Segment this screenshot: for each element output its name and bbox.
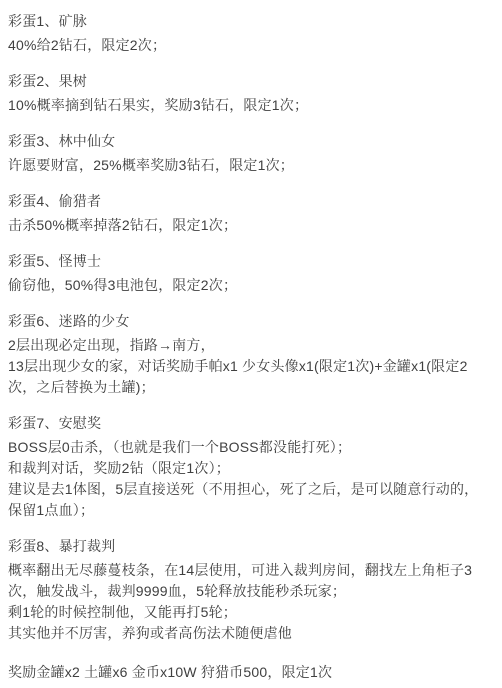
easter-egg-section-4: 彩蛋4、偷猎者 击杀50%概率掉落2钻石，限定1次； (8, 191, 492, 236)
section-title: 彩蛋1、矿脉 (8, 11, 492, 32)
easter-egg-section-6: 彩蛋6、迷路的少女 2层出现必定出现，指路→南方， 13层出现少女的家，对话奖励… (8, 311, 492, 398)
section-line: 10%概率摘到钻石果实，奖励3钻石，限定1次； (8, 95, 492, 116)
easter-egg-section-2: 彩蛋2、果树 10%概率摘到钻石果实，奖励3钻石，限定1次； (8, 71, 492, 116)
easter-egg-section-7: 彩蛋7、安慰奖 BOSS层0击杀，（也就是我们一个BOSS都没能打死）； 和裁判… (8, 413, 492, 521)
section-title: 彩蛋5、怪博士 (8, 251, 492, 272)
section-title: 彩蛋7、安慰奖 (8, 413, 492, 434)
section-line: 剩1轮的时候控制他，又能再打5轮； (8, 602, 492, 623)
easter-egg-section-5: 彩蛋5、怪博士 偷窃他，50%得3电池包，限定2次； (8, 251, 492, 296)
section-line: 和裁判对话，奖励2钻（限定1次）； (8, 458, 492, 479)
section-line: BOSS层0击杀，（也就是我们一个BOSS都没能打死）； (8, 437, 492, 458)
section-title: 彩蛋8、暴打裁判 (8, 536, 492, 557)
section-line: 其实他并不厉害，养狗或者高伤法术随便虐他 (8, 623, 492, 644)
reward-summary: 奖励金罐x2 土罐x6 金币x10W 狩猎币500，限定1次 (8, 662, 492, 683)
section-title: 彩蛋2、果树 (8, 71, 492, 92)
section-line: 40%给2钻石，限定2次； (8, 35, 492, 56)
section-line: 偷窃他，50%得3电池包，限定2次； (8, 275, 492, 296)
guide-document: 彩蛋1、矿脉 40%给2钻石，限定2次； 彩蛋2、果树 10%概率摘到钻石果实，… (0, 0, 502, 688)
section-line: 13层出现少女的家，对话奖励手帕x1 少女头像x1(限定1次)+金罐x1(限定2… (8, 356, 492, 398)
section-line: 概率翻出无尽藤蔓枝条，在14层使用，可进入裁判房间，翻找左上角柜子3次，触发战斗… (8, 560, 492, 602)
section-title: 彩蛋6、迷路的少女 (8, 311, 492, 332)
section-title: 彩蛋4、偷猎者 (8, 191, 492, 212)
section-line: 击杀50%概率掉落2钻石，限定1次； (8, 215, 492, 236)
section-title: 彩蛋3、林中仙女 (8, 131, 492, 152)
easter-egg-section-1: 彩蛋1、矿脉 40%给2钻石，限定2次； (8, 11, 492, 56)
easter-egg-section-3: 彩蛋3、林中仙女 许愿要财富，25%概率奖励3钻石，限定1次； (8, 131, 492, 176)
section-line: 建议是去1体图，5层直接送死（不用担心，死了之后，是可以随意行动的，保留1点血）… (8, 479, 492, 521)
section-line: 2层出现必定出现，指路→南方， (8, 335, 492, 356)
easter-egg-section-8: 彩蛋8、暴打裁判 概率翻出无尽藤蔓枝条，在14层使用，可进入裁判房间，翻找左上角… (8, 536, 492, 644)
section-line: 许愿要财富，25%概率奖励3钻石，限定1次； (8, 155, 492, 176)
